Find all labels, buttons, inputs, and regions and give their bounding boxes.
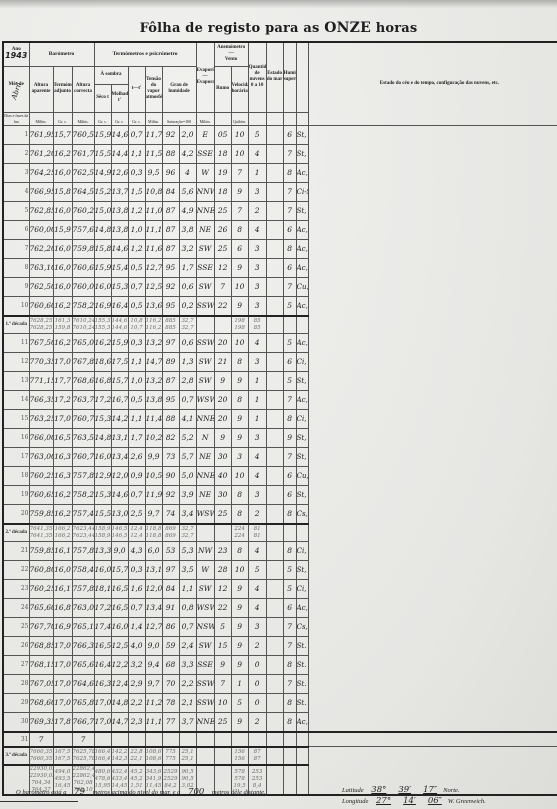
vap-cell: 9,4 xyxy=(145,655,162,674)
empty-cell xyxy=(231,732,248,747)
empty-cell xyxy=(162,732,179,747)
t_adj-cell: 17,0 xyxy=(53,655,72,674)
day-cell: 7 xyxy=(3,239,29,258)
day-cell: 1 xyxy=(3,125,29,144)
vap-cell: 14,7 xyxy=(145,352,162,371)
evap-cell: 3,8 xyxy=(179,220,196,239)
cl-cell: 8 xyxy=(231,220,248,239)
bar_c-cell: 760,58 xyxy=(72,125,94,144)
hum-cell: 87 xyxy=(162,239,179,258)
day-cell: 22 xyxy=(3,560,29,579)
dir-cell: SSE xyxy=(196,144,214,163)
sea-cell: 0 xyxy=(248,674,266,693)
title-hour: ONZE xyxy=(324,20,371,36)
summary-cell: 116,2116,2 xyxy=(145,316,162,334)
table-row: 27768,1517,0765,6016,412,23,29,4683,3SSE… xyxy=(3,655,557,674)
evap-cell: 1,7 xyxy=(179,258,196,277)
summary-cell xyxy=(283,524,296,542)
diff-cell: 0,7 xyxy=(128,125,145,144)
spd-cell: 20 xyxy=(214,390,231,409)
barometer-elevation-note: O barómetro está a 79 metros acima do ni… xyxy=(16,787,266,797)
summary-cell xyxy=(296,316,308,334)
diff-cell: 2,9 xyxy=(128,674,145,693)
t_adj-cell: 16,0 xyxy=(53,163,72,182)
dir-cell: NNW xyxy=(196,182,214,201)
decade-summary-row: 2.ª década7641,357641,35166,2166,27623,4… xyxy=(3,524,557,542)
table-row: 15763,2517,0760,7115,314,21,111,4884,1NN… xyxy=(3,409,557,428)
dir-cell: SW xyxy=(196,352,214,371)
summary-cell: 144,6144,6 xyxy=(111,316,128,334)
vap-cell: 13,6 xyxy=(145,296,162,316)
diff-cell: 0,7 xyxy=(128,598,145,617)
hum-cell: 95 xyxy=(162,296,179,316)
cl-cell: 9 xyxy=(231,617,248,636)
empty-cell xyxy=(283,732,296,747)
day-cell: 6 xyxy=(3,220,29,239)
surface-humidity-cell xyxy=(266,447,283,466)
wet-cell: 12,4 xyxy=(111,674,128,693)
spd-cell: 26 xyxy=(214,220,231,239)
diff-cell: 0,5 xyxy=(128,296,145,316)
spd-cell: 30 xyxy=(214,447,231,466)
vap-cell: 12,0 xyxy=(145,579,162,598)
t_adj-cell: 16,3 xyxy=(53,447,72,466)
observation-cell: St. xyxy=(296,674,308,693)
sea-cell: 3 xyxy=(248,239,266,258)
summary-cell: 7660,357660,35 xyxy=(29,747,53,765)
wet-cell: 12,2 xyxy=(111,655,128,674)
footer: O barómetro está a 79 metros acima do ni… xyxy=(0,783,557,809)
t_adj-cell: 17,0 xyxy=(53,352,72,371)
visibility-cell: 6 xyxy=(283,125,296,144)
dir-cell: SW xyxy=(196,636,214,655)
hum-cell: 77 xyxy=(162,712,179,732)
evaporimeter-header: Evaporímetro — Evaporação xyxy=(196,42,214,112)
day-cell: 10 xyxy=(3,296,29,316)
surface-humidity-header: Humidade superfície xyxy=(283,42,296,112)
cl-cell: 9 xyxy=(231,636,248,655)
surface-humidity-cell xyxy=(266,466,283,485)
evap-cell: 3,4 xyxy=(179,504,196,524)
vap-cell: 11,7 xyxy=(145,125,162,144)
dir-cell: SSW xyxy=(196,296,214,316)
surface-humidity-cell xyxy=(266,182,283,201)
sea-cell: 5 xyxy=(248,125,266,144)
vap-cell: 13,2 xyxy=(145,371,162,390)
observations-header: Estado do céu e do tempo, configuração d… xyxy=(308,42,557,125)
evap-cell: 0,8 xyxy=(179,598,196,617)
visibility-cell: 8 xyxy=(283,163,296,182)
day-cell: 3 xyxy=(3,163,29,182)
table-row: 8763,1016,0760,6815,915,40,512,7951,7SSE… xyxy=(3,258,557,277)
dir-cell: W xyxy=(196,163,214,182)
bar-cell: 759,85 xyxy=(29,504,53,524)
dry-cell: 17,2 xyxy=(94,598,111,617)
spd-cell: 05 xyxy=(214,125,231,144)
table-row: 21759,8516,1757,8813,39,04,36,0535,3NW23… xyxy=(3,541,557,560)
surface-humidity-cell xyxy=(266,201,283,220)
cl-cell: 8 xyxy=(231,390,248,409)
dry-cell: 12,9 xyxy=(94,466,111,485)
vap-cell: 9,5 xyxy=(145,163,162,182)
bar_c-cell: 760,71 xyxy=(72,409,94,428)
diff-cell: 0,7 xyxy=(128,277,145,296)
hum-cell: 88 xyxy=(162,144,179,163)
t_adj-cell: 17,0 xyxy=(53,636,72,655)
sea-cell: 1 xyxy=(248,390,266,409)
t_adj-cell: 16,3 xyxy=(53,466,72,485)
wet-cell: 16,5 xyxy=(111,598,128,617)
surface-humidity-cell xyxy=(266,144,283,163)
table-row: 17763,0016,3760,7916,013,42,69,9735,7NE3… xyxy=(3,447,557,466)
bar_c-cell: 760,23 xyxy=(72,201,94,220)
vap-cell: 12,5 xyxy=(145,277,162,296)
bar_c-cell: 758,26 xyxy=(72,296,94,316)
day-cell: 18 xyxy=(3,466,29,485)
bar_c-cell: 765,80 xyxy=(72,693,94,712)
observation-cell: Ac, St, Cu, St, chuva à vista xyxy=(296,712,308,732)
dry-cell: 15,5 xyxy=(94,144,111,163)
cl-cell: 9 xyxy=(231,428,248,447)
observation-cell: St, cu. xyxy=(296,447,308,466)
t_adj-cell: 16,0 xyxy=(53,277,72,296)
dry-bulb-header: Sêco t xyxy=(94,84,111,112)
hum-cell: 88 xyxy=(162,409,179,428)
hum-cell: 96 xyxy=(162,163,179,182)
summary-cell xyxy=(196,524,214,542)
decade-summary-row: 1.ª década7628,257628,25161,3159,87610,2… xyxy=(3,316,557,334)
hum-cell: 92 xyxy=(162,485,179,504)
empty-cell xyxy=(296,732,308,747)
bar_c-cell: 757,88 xyxy=(72,541,94,560)
dry-cell: 18,6 xyxy=(94,352,111,371)
spd-cell: 18 xyxy=(214,144,231,163)
cl-cell: 1 xyxy=(231,674,248,693)
cl-cell: 8 xyxy=(231,504,248,524)
t_adj-cell: 15,9 xyxy=(53,220,72,239)
summary-cell xyxy=(296,747,308,765)
empty-cell xyxy=(111,732,128,747)
dir-cell: SSE xyxy=(196,655,214,674)
t_adj-cell: 16,8 xyxy=(53,598,72,617)
bar_c-cell: 757,83 xyxy=(72,579,94,598)
vap-cell: 10,2 xyxy=(145,428,162,447)
thermometers-group-header: Termómetros e psicrómetro xyxy=(94,42,196,66)
dir-cell: WSW xyxy=(196,504,214,524)
summary-cell xyxy=(296,524,308,542)
hum-cell: 78 xyxy=(162,693,179,712)
observation-cell: Ac, cu, St, chuva leve depois das 6h xyxy=(296,258,308,277)
summary-cell xyxy=(266,316,283,334)
summary-cell: 166,4166,4 xyxy=(94,747,111,765)
evap-cell: 3,7 xyxy=(179,712,196,732)
observation-cell: St, chuva leve intermitente xyxy=(296,560,308,579)
visibility-cell: 8 xyxy=(283,504,296,524)
diff-cell: 1,1 xyxy=(128,352,145,371)
wet-cell: 14,4 xyxy=(111,144,128,163)
spd-cell: 20 xyxy=(214,409,231,428)
hum-cell: 68 xyxy=(162,655,179,674)
table-row: 6760,0015,9757,6614,813,81,011,1873,8NE2… xyxy=(3,220,557,239)
dry-cell: 15,9 xyxy=(94,258,111,277)
visibility-cell: 8 xyxy=(283,655,296,674)
day-cell: 11 xyxy=(3,333,29,352)
dir-cell: SW xyxy=(196,371,214,390)
hum-cell: 84 xyxy=(162,579,179,598)
vap-cell: 9,9 xyxy=(145,447,162,466)
summary-cell: 25,125,1 xyxy=(179,747,196,765)
bar-cell: 760,80 xyxy=(29,560,53,579)
wet-cell: 16,0 xyxy=(111,617,128,636)
spd-cell: 9 xyxy=(214,371,231,390)
diff-cell: 2,3 xyxy=(128,712,145,732)
summary-cell: 869869 xyxy=(162,524,179,542)
summary-cell: 8787 xyxy=(248,747,266,765)
cl-cell: 6 xyxy=(231,239,248,258)
bar-cell: 761,20 xyxy=(29,144,53,163)
observation-cell: Ci, Ac, Cu, Bruma xyxy=(296,352,308,371)
vap-cell: 10,8 xyxy=(145,182,162,201)
summary-cell xyxy=(283,747,296,765)
spd-cell: 5 xyxy=(214,617,231,636)
table-row: 3764,2516,0762,5814,912,60,39,5964W19718… xyxy=(3,163,557,182)
bar_c-cell: 7 xyxy=(72,732,94,747)
table-row: 16766,0016,5763,5014,813,11,710,2825,2N9… xyxy=(3,428,557,447)
cl-cell: 9 xyxy=(231,371,248,390)
observation-cell: St, Bruma xyxy=(296,371,308,390)
unit-label: Gr. c. xyxy=(111,112,128,125)
vap-cell: 11,9 xyxy=(145,485,162,504)
evap-cell: 0,6 xyxy=(179,277,196,296)
bar_c-cell: 765,60 xyxy=(72,655,94,674)
visibility-cell: 6 xyxy=(283,352,296,371)
month-header: Mês deAbril xyxy=(3,66,29,112)
visibility-cell: 7 xyxy=(283,182,296,201)
observation-cell: St. xyxy=(296,655,308,674)
t_adj-cell: 16,2 xyxy=(53,504,72,524)
bar-cell: 771,15 xyxy=(29,371,53,390)
spd-cell: 10 xyxy=(214,693,231,712)
table-row: 29768,6017,0765,8017,014,82,211,2782,1SS… xyxy=(3,693,557,712)
bar_c-cell: 763,50 xyxy=(72,428,94,447)
summary-cell: 155,3155,3 xyxy=(94,316,111,334)
surface-humidity-cell xyxy=(266,239,283,258)
vap-cell: 12,7 xyxy=(145,258,162,277)
shade-group-header: À sombra xyxy=(94,66,128,84)
dir-cell: NNE xyxy=(196,466,214,485)
dry-cell: 16,9 xyxy=(94,296,111,316)
surface-humidity-cell xyxy=(266,428,283,447)
surface-humidity-cell xyxy=(266,655,283,674)
sea-cell: 4 xyxy=(248,447,266,466)
day-cell: 9 xyxy=(3,277,29,296)
cl-cell: 9 xyxy=(231,409,248,428)
t_adj-cell: 17,2 xyxy=(53,390,72,409)
evap-cell: 0,7 xyxy=(179,617,196,636)
bar-apparent-header: Altura aparente xyxy=(29,66,53,112)
diff-cell: 0,3 xyxy=(128,560,145,579)
unit-label: Milím. xyxy=(29,112,53,125)
cl-cell: 7 xyxy=(231,201,248,220)
unit-label xyxy=(296,112,308,125)
dry-cell: 14,9 xyxy=(94,163,111,182)
hum-cell: 87 xyxy=(162,371,179,390)
bar_c-cell: 767,80 xyxy=(72,352,94,371)
hum-cell: 59 xyxy=(162,636,179,655)
barometer-group-header: Barómetro xyxy=(29,42,94,66)
day-cell: 5 xyxy=(3,201,29,220)
day-cell: 29 xyxy=(3,693,29,712)
day-cell: 12 xyxy=(3,352,29,371)
wet-cell: 17,5 xyxy=(111,352,128,371)
wet-cell: 15,4 xyxy=(111,258,128,277)
spd-cell: 22 xyxy=(214,598,231,617)
sea-cell: 3 xyxy=(248,296,266,316)
vap-cell: 13,2 xyxy=(145,333,162,352)
surface-humidity-cell xyxy=(266,579,283,598)
observation-cell: Ci, Ac, Cu, chuviscos fracos de chuva às… xyxy=(296,541,308,560)
diff-cell: 0,3 xyxy=(128,333,145,352)
evap-cell: 5,6 xyxy=(179,182,196,201)
bar_c-cell: 757,43 xyxy=(72,504,94,524)
spd-cell: 22 xyxy=(214,296,231,316)
dir-cell: WSW xyxy=(196,390,214,409)
days-header: Dias e fases da lua xyxy=(3,112,29,125)
table-row: 10760,6016,2758,2616,916,40,513,6950,2SS… xyxy=(3,296,557,316)
vap-cell: 9,0 xyxy=(145,636,162,655)
dry-cell: 17,0 xyxy=(94,693,111,712)
unit-label xyxy=(214,112,231,125)
day-cell: 17 xyxy=(3,447,29,466)
t_adj-cell: 16,2 xyxy=(53,485,72,504)
anemometer-group-header: Anemómetro—Vento xyxy=(214,42,248,66)
table-row: 2761,2016,2761,7815,514,41,111,5884,2SSE… xyxy=(3,144,557,163)
observation-cell xyxy=(308,732,557,747)
spd-cell: 9 xyxy=(214,428,231,447)
diff-cell: 1,1 xyxy=(128,409,145,428)
dir-cell: NE xyxy=(196,220,214,239)
surface-humidity-cell xyxy=(266,598,283,617)
dir-cell: NE xyxy=(196,485,214,504)
observation-cell: St, cu, chuva fraca às 9h15 xyxy=(296,125,308,144)
diff-cell: 1,5 xyxy=(128,182,145,201)
evap-cell: 0,2 xyxy=(179,296,196,316)
t_adj-cell: 16,9 xyxy=(53,617,72,636)
dry-cell: 15,2 xyxy=(94,182,111,201)
bar_c-cell: 760,08 xyxy=(72,277,94,296)
vap-cell: 9,7 xyxy=(145,674,162,693)
evap-cell: 1,3 xyxy=(179,352,196,371)
observation-cell: Ac, cu, tempo de chuviscos fracos de chu… xyxy=(296,239,308,258)
wet-cell: 12,5 xyxy=(111,636,128,655)
bar_c-cell: 757,66 xyxy=(72,220,94,239)
bar_c-cell: 760,79 xyxy=(72,447,94,466)
dir-cell: SSE xyxy=(196,258,214,277)
day-cell: 23 xyxy=(3,579,29,598)
dir-cell: W xyxy=(196,560,214,579)
visibility-cell: 5 xyxy=(283,579,296,598)
table-row: 19760,6516,2758,2315,314,60,711,9923,9NE… xyxy=(3,485,557,504)
wind-speed-header: Velocidade horária xyxy=(231,66,248,112)
day-cell: 8 xyxy=(3,258,29,277)
spd-cell: 7 xyxy=(214,674,231,693)
empty-cell xyxy=(128,732,145,747)
observation-cell: Cs, Ci-St, St, Cu xyxy=(296,504,308,524)
wet-cell: 15,7 xyxy=(111,560,128,579)
evap-cell: 5,2 xyxy=(179,428,196,447)
sea-cell: 2 xyxy=(248,504,266,524)
table-row: 23760,2516,1757,8318,116,51,612,0841,1SW… xyxy=(3,579,557,598)
vap-cell: 13,4 xyxy=(145,598,162,617)
empty-cell xyxy=(145,732,162,747)
visibility-cell: 5 xyxy=(283,333,296,352)
hum-cell: 74 xyxy=(162,504,179,524)
surface-humidity-cell xyxy=(266,693,283,712)
surface-humidity-cell xyxy=(266,333,283,352)
surface-humidity-cell xyxy=(266,560,283,579)
diff-cell: 0,5 xyxy=(128,258,145,277)
diff-cell: 2,2 xyxy=(128,693,145,712)
dir-cell: NNE xyxy=(196,201,214,220)
sea-cell: 1 xyxy=(248,409,266,428)
summary-cell xyxy=(196,316,214,334)
visibility-cell: 8 xyxy=(283,239,296,258)
dry-cell: 14,8 xyxy=(94,220,111,239)
evap-cell: 3,9 xyxy=(179,485,196,504)
wet-cell: 12,0 xyxy=(111,466,128,485)
summary-cell: 161,3159,8 xyxy=(53,316,72,334)
bar_c-cell: 764,60 xyxy=(72,674,94,693)
bar-cell: 769,35 xyxy=(29,712,53,732)
hum-cell: 91 xyxy=(162,598,179,617)
unit-label xyxy=(266,112,283,125)
bar-cell: 768,15 xyxy=(29,655,53,674)
table-row: 9762,5016,0760,0816,015,30,712,5920,6SW7… xyxy=(3,277,557,296)
observation-cell: Ac, St xyxy=(296,598,308,617)
summary-cell: 146,5146,5 xyxy=(111,524,128,542)
diff-cell: 4,3 xyxy=(128,541,145,560)
summary-cell xyxy=(283,316,296,334)
decade-label: 2.ª década xyxy=(3,524,29,542)
wet-cell: 9,0 xyxy=(111,541,128,560)
unit-label: Gr. c. xyxy=(128,112,145,125)
evap-cell: 0,6 xyxy=(179,333,196,352)
summary-cell xyxy=(266,747,283,765)
t_adj-cell: 16,2 xyxy=(53,333,72,352)
day-cell: 20 xyxy=(3,504,29,524)
wet-cell: 13,1 xyxy=(111,428,128,447)
bar_c-cell: 758,23 xyxy=(72,485,94,504)
diff-cell: 1,2 xyxy=(128,201,145,220)
empty-cell xyxy=(266,732,283,747)
scan-edge-shadow xyxy=(0,0,557,8)
wet-cell: 14,6 xyxy=(111,239,128,258)
dry-cell: 14,8 xyxy=(94,428,111,447)
summary-cell xyxy=(214,747,231,765)
t_adj-cell: 17,0 xyxy=(53,409,72,428)
sea-cell: 3 xyxy=(248,182,266,201)
diff-cell: 0,7 xyxy=(128,485,145,504)
wet-cell: 14,8 xyxy=(111,693,128,712)
hum-cell: 70 xyxy=(162,674,179,693)
spd-cell: 7 xyxy=(214,277,231,296)
hum-cell: 95 xyxy=(162,258,179,277)
t_adj-cell: 17,7 xyxy=(53,371,72,390)
surface-humidity-cell xyxy=(266,636,283,655)
sea-cell: 4 xyxy=(248,579,266,598)
dir-cell: WSW xyxy=(196,598,214,617)
wind-direction-header: Rumo xyxy=(214,66,231,112)
